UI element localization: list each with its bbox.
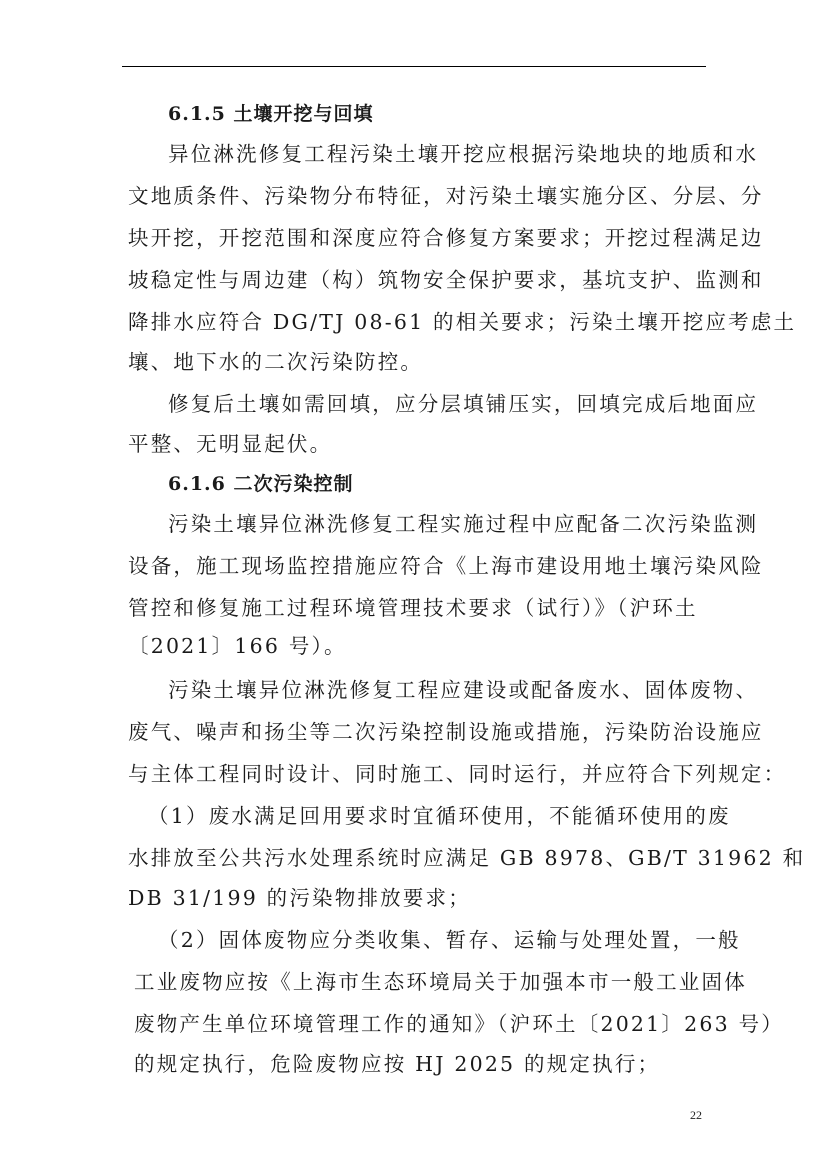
- list-item-1-line: 水排放至公共污水处理系统时应满足 GB 8978、GB/T 31962 和: [128, 844, 805, 872]
- paragraph-line: 污染土壤异位淋洗修复工程应建设或配备废水、固体废物、: [168, 676, 758, 704]
- list-item-1-line: DB 31/199 的污染物排放要求；: [128, 884, 471, 912]
- paragraph-line: 异位淋洗修复工程污染土壤开挖应根据污染地块的地质和水: [168, 140, 758, 168]
- list-item-2-line: 工业废物应按《上海市生态环境局关于加强本市一般工业固体: [134, 968, 747, 996]
- paragraph-line: 块开挖，开挖范围和深度应符合修复方案要求；开挖过程满足边: [128, 224, 764, 252]
- section-heading-6-1-5: 6.1.5 土壤开挖与回填: [168, 100, 374, 128]
- list-item-2-line: 废物产生单位环境管理工作的通知》（沪环土〔2021〕263 号）: [134, 1010, 784, 1038]
- paragraph-line: 〔2021〕166 号）。: [128, 632, 347, 660]
- section-heading-6-1-6: 6.1.6 二次污染控制: [168, 470, 354, 498]
- paragraph-line: 壤、地下水的二次污染防控。: [128, 348, 423, 376]
- paragraph-line: 平整、无明显起伏。: [128, 430, 332, 458]
- list-item-2-line: （2）固体废物应分类收集、暂存、运输与处理处置，一般: [158, 926, 741, 954]
- header-rule: [122, 66, 706, 67]
- paragraph-line: 管控和修复施工过程环境管理技术要求（试行）》（沪环土: [128, 594, 698, 622]
- list-item-1-line: （1）废水满足回用要求时宜循环使用，不能循环使用的废: [148, 802, 731, 830]
- paragraph-line: 废气、噪声和扬尘等二次污染控制设施或措施，污染防治设施应: [128, 718, 764, 746]
- list-item-2-line: 的规定执行，危险废物应按 HJ 2025 的规定执行；: [134, 1050, 660, 1078]
- paragraph-line: 设备，施工现场监控措施应符合《上海市建设用地土壤污染风险: [128, 552, 764, 580]
- page-number: 22: [690, 1108, 702, 1123]
- paragraph-line: 污染土壤异位淋洗修复工程实施过程中应配备二次污染监测: [168, 510, 758, 538]
- paragraph-line: 修复后土壤如需回填，应分层填铺压实，回填完成后地面应: [168, 390, 758, 418]
- paragraph-line: 与主体工程同时设计、同时施工、同时运行，并应符合下列规定：: [128, 760, 786, 788]
- paragraph-line: 降排水应符合 DG/TJ 08-61 的相关要求；污染土壤开挖应考虑土: [128, 308, 796, 336]
- paragraph-line: 坡稳定性与周边建（构）筑物安全保护要求，基坑支护、监测和: [128, 266, 764, 294]
- paragraph-line: 文地质条件、污染物分布特征，对污染土壤实施分区、分层、分: [128, 182, 764, 210]
